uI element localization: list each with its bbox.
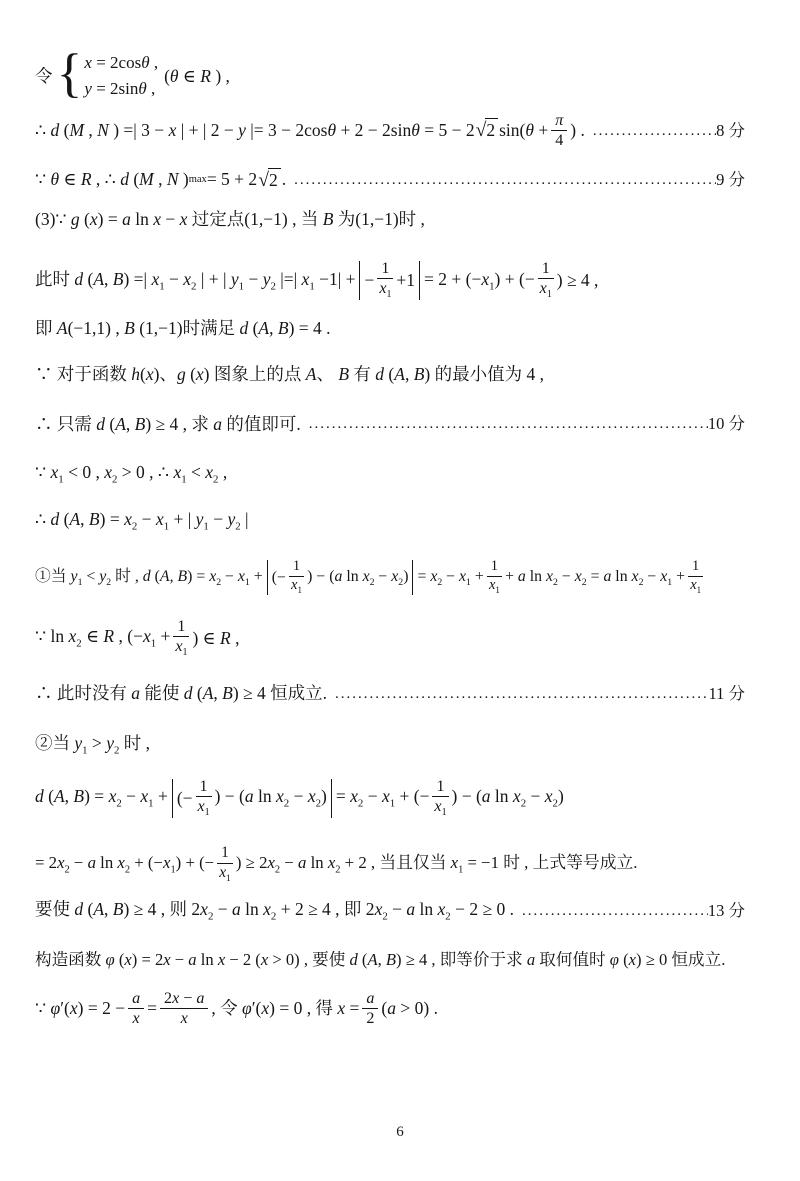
cases-rows: x = 2cosθ ,y = 2sinθ , bbox=[84, 52, 158, 101]
math-text: − bbox=[364, 269, 374, 293]
score-label: 13 分 bbox=[708, 900, 745, 922]
math-text: ∵ x1 < 0 , x2 > 0 , ∴ x1 < x2 , bbox=[35, 461, 227, 487]
math-text: d (A, B) = x2 − x1 + bbox=[35, 785, 168, 811]
case2-y1-greater-y2-line: ②当 y1 > y2 时 , bbox=[35, 732, 745, 758]
left-brace-icon: { bbox=[57, 51, 83, 97]
max-distance-line: ∵ θ ∈ R , ∴ d (M , N )max = 5 + 2√2 ....… bbox=[35, 168, 745, 193]
case2-inequality-line: = 2x2 − a ln x2 + (−x1) + (−1x1) ≥ 2x2 −… bbox=[35, 845, 745, 884]
math-text: (3)∵ g (x) = a ln x − x 过定点(1,−1) , 当 B … bbox=[35, 208, 425, 232]
case1-y1-less-y2-line: ①当 y1 < y2 时 , d (A, B) = x2 − x1 +(−1x1… bbox=[35, 559, 745, 595]
solution-content: 令{x = 2cosθ ,y = 2sinθ ,(θ ∈ R ) ,∴ d (M… bbox=[35, 52, 745, 1028]
document-page: 令{x = 2cosθ ,y = 2sinθ ,(θ ∈ R ) ,∴ d (M… bbox=[0, 0, 800, 1181]
fraction: 1x1 bbox=[688, 559, 703, 595]
abs-value-bar bbox=[267, 560, 268, 594]
distance-expansion-line: ∴ d (M , N ) =| 3 − x | + | 2 − y |= 3 −… bbox=[35, 112, 745, 150]
math-text: = bbox=[147, 997, 157, 1021]
math-text: sin(θ + bbox=[499, 119, 548, 143]
math-text: = x2 − x1 + (− bbox=[336, 785, 430, 811]
abs-value-bar bbox=[419, 261, 420, 300]
dot-leader: ........................................… bbox=[327, 684, 708, 704]
dot-leader: ........................................… bbox=[585, 121, 716, 141]
dAB-case-evaluation-line: 此时 d (A, B) =| x1 − x2 | + | y1 − y2 |=|… bbox=[35, 260, 745, 301]
math-text: ∵ ln x2 ∈ R , (−x1 + bbox=[35, 625, 170, 651]
math-text: = 5 + 2 bbox=[207, 168, 257, 192]
math-text: ∴ 此时没有 a 能使 d (A, B) ≥ 4 恒成立. bbox=[35, 682, 327, 706]
dAB-general-form-line: ∴ d (A, B) = x2 − x1 + | y1 − y2 | bbox=[35, 508, 745, 534]
abs-value-bar bbox=[359, 261, 360, 300]
fraction: 1x1 bbox=[487, 559, 502, 595]
math-text: 此时 d (A, B) =| x1 − x2 | + | y1 − y2 |=|… bbox=[35, 268, 355, 294]
math-text: ②当 y1 > y2 时 , bbox=[35, 732, 150, 758]
abs-value-bar bbox=[172, 779, 173, 818]
math-text: +1 bbox=[396, 269, 415, 293]
range-real-line: ∵ ln x2 ∈ R , (−x1 +1x1) ∈ R , bbox=[35, 618, 745, 659]
math-text: (− bbox=[177, 787, 193, 811]
sqrt-radical: √2 bbox=[258, 168, 281, 193]
math-text: ∵ θ ∈ R , ∴ d (M , N ) bbox=[35, 168, 189, 192]
math-text: 要使 d (A, B) ≥ 4 , 则 2x2 − a ln x2 + 2 ≥ … bbox=[35, 898, 514, 924]
math-text: ∴ 只需 d (A, B) ≥ 4 , 求 a 的值即可. bbox=[35, 413, 301, 437]
parametric-substitution-line: 令{x = 2cosθ ,y = 2sinθ ,(θ ∈ R ) , bbox=[35, 52, 745, 101]
cases-row: x = 2cosθ , bbox=[84, 52, 158, 75]
dot-leader: ........................................… bbox=[286, 170, 716, 190]
math-text: ) − (a ln x2 − x2) bbox=[307, 566, 408, 589]
fraction: 2x − ax bbox=[160, 990, 208, 1028]
dot-leader: ........................................… bbox=[514, 901, 708, 921]
fraction: 1x1 bbox=[173, 618, 189, 659]
math-text: (θ ∈ R ) , bbox=[164, 65, 230, 89]
fraction: 1x1 bbox=[432, 778, 448, 819]
fraction: 1x1 bbox=[217, 845, 233, 884]
dot-leader: ........................................… bbox=[301, 414, 708, 434]
subscript-label: max bbox=[189, 173, 207, 187]
math-text: (a > 0) . bbox=[381, 997, 438, 1021]
derivative-line: ∵ φ′(x) = 2 − ax = 2x − ax , 令 φ′(x) = 0… bbox=[35, 990, 745, 1028]
score-label: 11 分 bbox=[708, 683, 745, 705]
fraction: ax bbox=[128, 990, 144, 1028]
math-text: = 2x2 − a ln x2 + (−x1) + (− bbox=[35, 852, 214, 877]
construct-function-line: 构造函数 φ (x) = 2x − a ln x − 2 (x > 0) , 要… bbox=[35, 949, 745, 971]
math-text: ) ∈ R , bbox=[192, 627, 239, 651]
math-text: ∵ φ′(x) = 2 − bbox=[35, 997, 125, 1021]
math-text: ) − (a ln x2 − x2) bbox=[452, 785, 564, 811]
cases-brace-group: {x = 2cosθ ,y = 2sinθ , bbox=[57, 52, 159, 101]
math-text: 令 bbox=[35, 65, 53, 89]
math-text: 构造函数 φ (x) = 2x − a ln x − 2 (x > 0) , 要… bbox=[35, 949, 725, 971]
math-text: = x2 − x1 + bbox=[417, 566, 483, 589]
score-label: 9 分 bbox=[716, 169, 745, 191]
math-text: ) − (a ln x2 − x2) bbox=[215, 785, 327, 811]
part3-fixed-point-line: (3)∵ g (x) = a ln x − x 过定点(1,−1) , 当 B … bbox=[35, 208, 745, 232]
math-text: + a ln x2 − x2 = a ln x2 − x1 + bbox=[505, 566, 685, 589]
math-text: ) . bbox=[570, 119, 585, 143]
score-label: 10 分 bbox=[708, 413, 745, 435]
math-text: ∴ d (A, B) = x2 − x1 + | y1 − y2 | bbox=[35, 508, 249, 534]
math-text: ∵ 对于函数 h(x)、g (x) 图象上的点 A、 B 有 d (A, B) … bbox=[35, 363, 544, 387]
math-text: 即 A(−1,1) , B (1,−1)时满足 d (A, B) = 4 . bbox=[35, 317, 331, 341]
requirement-line: 要使 d (A, B) ≥ 4 , 则 2x2 − a ln x2 + 2 ≥ … bbox=[35, 898, 745, 924]
sufficient-condition-line: ∴ 只需 d (A, B) ≥ 4 , 求 a 的值即可............… bbox=[35, 413, 745, 437]
score-label: 8 分 bbox=[716, 120, 745, 142]
fraction: 1x1 bbox=[377, 260, 393, 301]
fraction: 1x1 bbox=[289, 559, 304, 595]
fraction: 1x1 bbox=[196, 778, 212, 819]
abs-value-bar bbox=[331, 779, 332, 818]
math-text: ) ≥ 4 , bbox=[557, 269, 599, 293]
case2-dAB-expansion-line: d (A, B) = x2 − x1 +(−1x1) − (a ln x2 − … bbox=[35, 778, 745, 819]
math-text: ①当 y1 < y2 时 , d (A, B) = x2 − x1 + bbox=[35, 566, 263, 589]
math-text: ∴ d (M , N ) =| 3 − x | + | 2 − y |= 3 −… bbox=[35, 119, 475, 143]
math-text: (− bbox=[272, 567, 286, 588]
cases-row: y = 2sinθ , bbox=[84, 78, 158, 101]
x1-x2-sign-line: ∵ x1 < 0 , x2 > 0 , ∴ x1 < x2 , bbox=[35, 461, 745, 487]
minimum-value-condition-line: ∵ 对于函数 h(x)、g (x) 图象上的点 A、 B 有 d (A, B) … bbox=[35, 363, 745, 387]
math-text: = 2 + (−x1) + (− bbox=[424, 268, 535, 294]
points-satisfy-line: 即 A(−1,1) , B (1,−1)时满足 d (A, B) = 4 . bbox=[35, 317, 745, 341]
math-text: ) ≥ 2x2 − a ln x2 + 2 , 当且仅当 x1 = −1 时 ,… bbox=[236, 852, 638, 877]
page-number: 6 bbox=[0, 1124, 800, 1141]
math-text: , 令 φ′(x) = 0 , 得 x = bbox=[211, 997, 359, 1021]
fraction: 1x1 bbox=[538, 260, 554, 301]
fraction: π4 bbox=[551, 112, 567, 150]
sqrt-radical: √2 bbox=[476, 118, 499, 143]
abs-value-bar bbox=[412, 560, 413, 594]
fraction: a2 bbox=[362, 990, 378, 1028]
case1-conclusion-line: ∴ 此时没有 a 能使 d (A, B) ≥ 4 恒成立............… bbox=[35, 682, 745, 706]
